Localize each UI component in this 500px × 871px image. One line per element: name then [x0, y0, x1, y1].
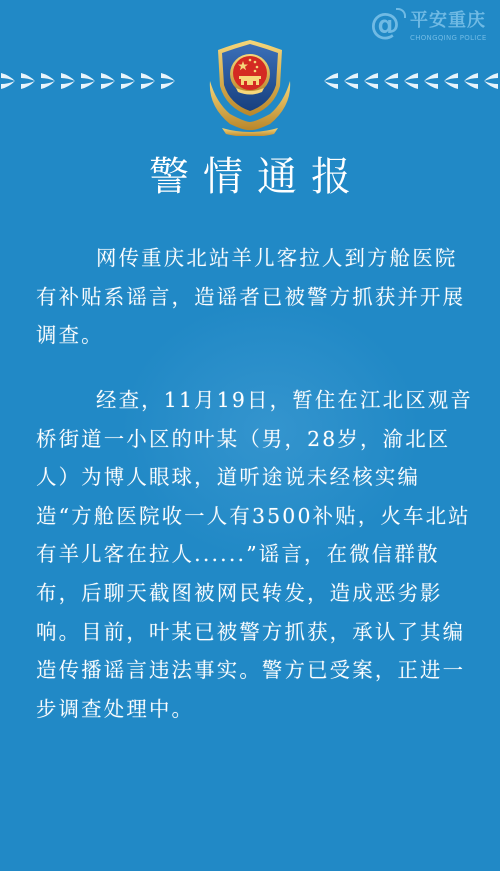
chevron-left-icon: [342, 71, 359, 91]
chevron-right-icon: [60, 71, 77, 91]
chevron-right-icon: [160, 71, 177, 91]
chevron-left-icon: [322, 71, 339, 91]
left-chevron-ornament: [0, 71, 177, 91]
logo-english-text: CHONGQING POLICE: [410, 34, 487, 43]
page-title: 警情通报: [0, 152, 500, 202]
chevron-left-icon: [482, 71, 499, 91]
chevron-right-icon: [40, 71, 57, 91]
bulletin-paragraph-1: 网传重庆北站羊儿客拉人到方舱医院有补贴系谣言，造谣者已被警方抓获并开展调查。: [36, 239, 476, 355]
chevron-right-icon: [0, 71, 17, 91]
chevron-left-icon: [422, 71, 439, 91]
paragraph-text: 网传重庆北站羊儿客拉人到方舱医院有补贴系谣言，造谣者已被警方抓获并开展调查。: [36, 239, 476, 355]
ping-an-chongqing-logo: @ 平安重庆 CHONGQING POLICE: [370, 8, 488, 48]
chevron-right-icon: [20, 71, 37, 91]
chevron-right-icon: [120, 71, 137, 91]
chevron-right-icon: [100, 71, 117, 91]
chevron-right-icon: [80, 71, 97, 91]
chevron-left-icon: [442, 71, 459, 91]
chevron-left-icon: [402, 71, 419, 91]
logo-chinese-text: 平安重庆: [410, 11, 486, 31]
signal-wave-icon: [396, 8, 406, 18]
bulletin-paragraph-2: 经查，11月19日，暂住在江北区观音桥街道一小区的叶某（男，28岁，渝北区人）为…: [36, 381, 476, 728]
chevron-left-icon: [382, 71, 399, 91]
police-emblem-icon: [200, 36, 300, 136]
chevron-right-icon: [140, 71, 157, 91]
right-chevron-ornament: [322, 71, 499, 91]
chevron-left-icon: [462, 71, 479, 91]
paragraph-text: 经查，11月19日，暂住在江北区观音桥街道一小区的叶某（男，28岁，渝北区人）为…: [36, 381, 476, 728]
chevron-left-icon: [362, 71, 379, 91]
